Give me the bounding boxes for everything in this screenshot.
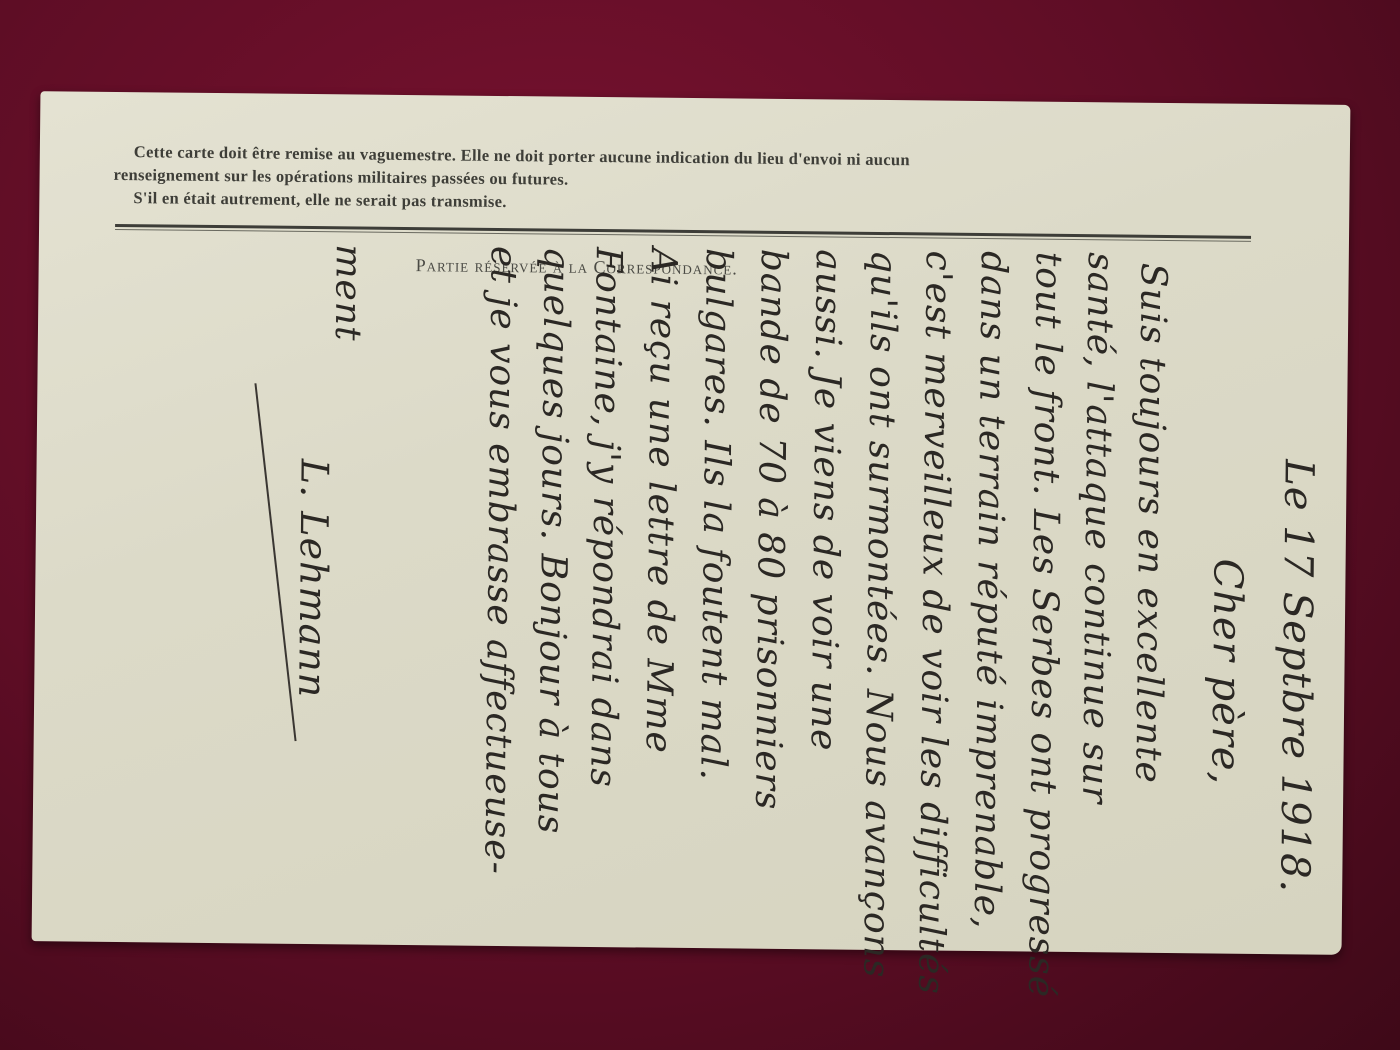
letter-line: dans un terrain réputé imprenable, (966, 251, 1014, 930)
letter-date: Le 17 Septbre 1918. (1271, 459, 1322, 893)
letter-line: ment (327, 244, 369, 342)
letter-line: santé, l'attaque continue sur (1074, 252, 1121, 804)
correspondence-card: Cette carte doit être remise au vaguemes… (32, 91, 1351, 955)
letter-line: et je vous embrasse affectueuse- (476, 246, 524, 875)
letter-line: Fontaine, j'y répondrai dans (582, 247, 629, 788)
letter-line: qu'ils ont surmontées. Nous avançons (855, 250, 904, 979)
letter-line: bulgares. Ils la foutent mal. (692, 248, 739, 781)
letter-line: Ai reçu une lettre de Mme (638, 247, 684, 754)
letter-line: c'est merveilleux de voir les difficulté… (910, 250, 959, 995)
letter-line: Suis toujours en excellente (1127, 263, 1173, 784)
signature: L. Lehmann (290, 459, 337, 699)
letter-line: aussi. Je viens de voir une (803, 249, 849, 751)
letter-line: bande de 70 à 80 prisonniers (747, 249, 794, 811)
letter-salutation: Cher père, (1202, 558, 1250, 785)
letter-line: quelques jours. Bonjour à tous (530, 246, 577, 834)
letter-line: tout le front. Les Serbes ont progressé (1020, 252, 1069, 999)
printed-notice: Cette carte doit être remise au vaguemes… (113, 140, 1264, 221)
divider-rule (115, 224, 1251, 242)
